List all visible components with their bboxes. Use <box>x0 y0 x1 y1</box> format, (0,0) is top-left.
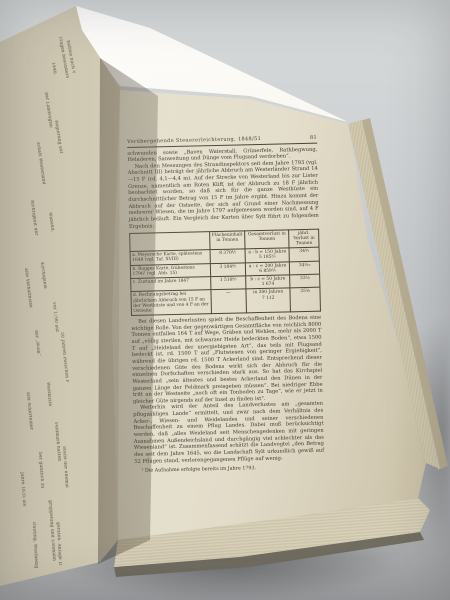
running-head: Vorübergehende Steuererleichterung, 1848… <box>127 135 317 148</box>
row-loss: in 200 Jahren 7 112 <box>246 288 291 313</box>
left-page-text-fragment: hältnis nach V <box>65 40 76 74</box>
loss-value: 7 112 <box>248 295 289 301</box>
loss-value: 1 674 <box>248 282 289 288</box>
left-page-text-fragment: vor 1790 auf <box>51 302 59 332</box>
left-page-text-fragment: Regierung auf <box>53 120 63 154</box>
left-page-text-fragment: schaft Westerland <box>35 142 46 185</box>
loss-value: 6 859⁵⁄₇ <box>247 268 288 274</box>
row-label: d. Rechnungsbetrag bei jährlichem Abbruc… <box>131 290 212 316</box>
left-page-text-fragment: geraten. Anlage D. <box>55 522 62 567</box>
left-page-text-fragment: Dauting, Westhedig <box>31 522 38 569</box>
body-paragraph-3: Bei diesen Landverlusten spielt die Besc… <box>131 315 323 406</box>
table-header-annual-loss: jährl. Verlust in Tonnen <box>289 229 319 248</box>
row-area: 1 510⁶⁄₇ <box>211 276 246 290</box>
table-header-empty <box>130 231 211 251</box>
left-page-text-fragment: alle Ackerfelder <box>25 392 33 430</box>
row-annual: 34³⁄₁₀ <box>290 261 320 275</box>
results-table: Flächeninhalt in Tonnen Gesamtverlust in… <box>129 228 321 316</box>
left-page-text-fragment: Richtigkeit der <box>29 200 38 236</box>
body-paragraph-4: Weiterhin wird der Anteil des Landverlus… <box>133 401 324 465</box>
loss-relation: in 200 Jahren <box>253 290 283 296</box>
left-page-text-fragment: gruppelung und Lohmann <box>47 500 56 561</box>
loss-value: 5 185⁵⁄₇ <box>247 255 288 261</box>
row-loss: b : c = 50 Jahre 1 674 <box>245 275 290 289</box>
left-page-text-fragment: alte Verhältnisse <box>23 268 33 308</box>
left-page-text-fragment: Tragen besonders <box>57 36 69 79</box>
left-page-text-fragment: 1840. <box>50 62 57 76</box>
row-loss: a : c = 200 Jahre 6 859⁵⁄₇ <box>245 261 290 275</box>
row-area: — <box>211 289 246 314</box>
row-area: 3 184⁶⁄₇ <box>211 262 246 276</box>
table-header-area: Flächeninhalt in Tonnen <box>210 231 245 250</box>
row-annual: 34⁴⁄₇ <box>289 247 319 261</box>
row-area: 8 370⁴⁄₇ <box>210 249 245 263</box>
body-paragraph-2: Nach den Messungen des Strandinspektors … <box>128 159 319 230</box>
left-page-text-fragment: Kirchspiele <box>39 262 47 289</box>
row-loss: a : b = 150 Jahre 5 185⁵⁄₇ <box>245 248 290 262</box>
row-annual: 35⁵⁄₉ <box>290 288 320 312</box>
left-page-text-fragment: ber gänzlich zu <box>37 452 45 489</box>
page-content: Vorübergehende Steuererleichterung, 1848… <box>127 135 325 479</box>
page-number: 81 <box>310 135 317 141</box>
row-annual: 33½ <box>290 274 320 288</box>
left-page-text-fragment: der Landvogtei <box>43 92 53 128</box>
left-page-text-fragment: Wabend. <box>47 212 55 233</box>
left-page-text-fragment: Feldmark hätten <box>53 422 61 461</box>
left-page-text-fragment: Stelle der ehemal <box>61 446 69 488</box>
left-page-text-fragment: Jahre 1635 als <box>19 472 26 507</box>
table-header-total-loss: Gesamtverlust in Tonnen <box>244 230 289 250</box>
footnote: ¹ Die Aufnahme erfolgte bereits im Jahre… <box>134 464 324 473</box>
left-page-text-fragment: 50 Jahren zwischen F <box>59 332 69 383</box>
book-photo: hältnis nach V Tragen besonders 1840. Re… <box>0 0 450 600</box>
left-page-text-fragment: der „Wulk“ <box>33 330 41 356</box>
table-row: d. Rechnungsbetrag bei jährlichem Abbruc… <box>131 288 320 316</box>
left-page-text-fragment: Westküste <box>45 382 52 407</box>
running-head-title: Vorübergehende Steuererleichterung, 1848… <box>127 136 261 145</box>
